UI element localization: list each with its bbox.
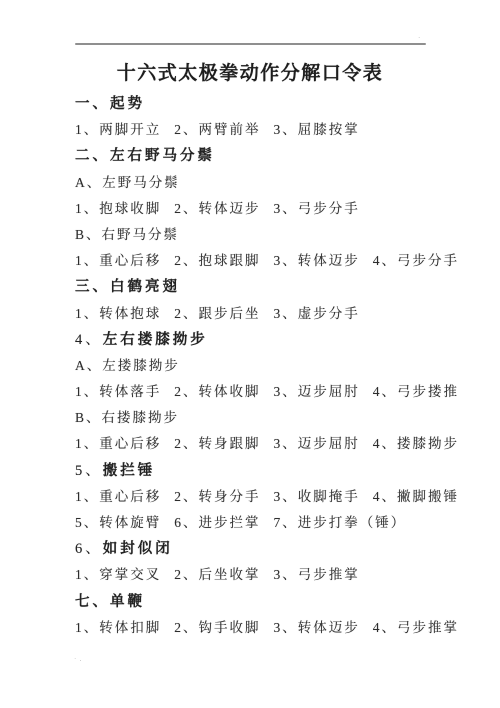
step-item: 2、转身分手 (174, 489, 260, 504)
steps-line: 1、穿掌交叉2、后坐收掌3、弓步推掌 (75, 562, 475, 588)
step-item: 2、转体迈步 (174, 201, 260, 216)
step-item: 1、两脚开立 (75, 122, 161, 137)
step-item: 3、屈膝按掌 (274, 122, 360, 137)
section-number: 4、 (75, 332, 103, 348)
section-number: 三、 (75, 279, 110, 295)
section-number: 二、 (75, 148, 110, 164)
steps-line: 1、转体落手2、转体收脚3、迈步屈肘4、弓步搂推 (75, 379, 475, 405)
section-heading-3: 三、白鹤亮翅 (75, 274, 475, 300)
step-item: 1、重心后移 (75, 436, 161, 451)
step-item: 3、转体迈步 (274, 253, 360, 268)
section-title: 左右野马分鬃 (110, 148, 215, 164)
step-item: 4、弓步搂推 (373, 384, 459, 399)
step-item: 2、抱球跟脚 (174, 253, 260, 268)
step-item: 6、进步拦掌 (174, 515, 260, 530)
document-page: · 十六式太极拳动作分解口令表 一、起势 1、两脚开立2、两臂前举3、屈膝按掌 … (0, 0, 500, 708)
section-heading-6: 6、如封似闭 (75, 536, 475, 562)
step-item: 3、迈步屈肘 (274, 436, 360, 451)
steps-line: 1、转体扣脚2、钩手收脚3、转体迈步4、弓步推掌 (75, 615, 475, 641)
step-item: 3、收脚掩手 (274, 489, 360, 504)
subsection-label: B、右野马分鬃 (75, 222, 475, 248)
steps-line: 1、重心后移2、转身跟脚3、迈步屈肘4、搂膝拗步 (75, 431, 475, 457)
steps-line: 1、重心后移2、转身分手3、收脚掩手4、撇脚搬锤 (75, 484, 475, 510)
step-item: 2、钩手收脚 (174, 620, 260, 635)
page-title: 十六式太极拳动作分解口令表 (0, 61, 500, 87)
step-item: 4、撇脚搬锤 (373, 489, 459, 504)
subsection-label: B、右搂膝拗步 (75, 405, 475, 431)
section-title: 单鞭 (110, 594, 145, 610)
section-heading-7: 七、单鞭 (75, 589, 475, 615)
step-item: 2、两臂前举 (174, 122, 260, 137)
step-item: 1、转体抱球 (75, 306, 161, 321)
section-heading-2: 二、左右野马分鬃 (75, 143, 475, 169)
steps-line: 1、重心后移2、抱球跟脚3、转体迈步4、弓步分手 (75, 248, 475, 274)
step-item: 1、穿掌交叉 (75, 567, 161, 582)
section-title: 白鹤亮翅 (110, 279, 180, 295)
step-item: 2、后坐收掌 (174, 567, 260, 582)
section-number: 6、 (75, 541, 103, 557)
step-item: 4、弓步分手 (373, 253, 459, 268)
step-item: 3、弓步分手 (274, 201, 360, 216)
step-item: 5、转体旋臂 (75, 515, 161, 530)
top-border-line (75, 43, 426, 45)
section-title: 搬拦锤 (103, 463, 156, 479)
scan-artifact-bottom-left: ·․ (74, 655, 88, 663)
step-item: 1、重心后移 (75, 253, 161, 268)
steps-line: 1、两脚开立2、两臂前举3、屈膝按掌 (75, 117, 475, 143)
section-title: 起势 (110, 96, 145, 112)
steps-line: 1、转体抱球2、跟步后坐3、虚步分手 (75, 301, 475, 327)
step-item: 3、迈步屈肘 (274, 384, 360, 399)
subsection-label: A、左搂膝拗步 (75, 353, 475, 379)
step-item: 2、跟步后坐 (174, 306, 260, 321)
section-number: 5、 (75, 463, 103, 479)
section-number: 一、 (75, 96, 110, 112)
step-item: 3、虚步分手 (274, 306, 360, 321)
section-heading-4: 4、左右搂膝拗步 (75, 327, 475, 353)
step-item: 3、弓步推掌 (274, 567, 360, 582)
section-heading-1: 一、起势 (75, 91, 475, 117)
section-heading-5: 5、搬拦锤 (75, 458, 475, 484)
step-item: 4、弓步推掌 (373, 620, 459, 635)
step-item: 2、转身跟脚 (174, 436, 260, 451)
step-item: 2、转体收脚 (174, 384, 260, 399)
document-body: 一、起势 1、两脚开立2、两臂前举3、屈膝按掌 二、左右野马分鬃 A、左野马分鬃… (75, 91, 475, 641)
step-item: 1、抱球收脚 (75, 201, 161, 216)
step-item: 1、转体落手 (75, 384, 161, 399)
step-item: 1、重心后移 (75, 489, 161, 504)
step-item: 1、转体扣脚 (75, 620, 161, 635)
step-item: 3、转体迈步 (274, 620, 360, 635)
step-item: 4、搂膝拗步 (373, 436, 459, 451)
section-number: 七、 (75, 594, 110, 610)
scan-artifact-top-right: · (418, 34, 424, 42)
steps-line: 5、转体旋臂6、进步拦掌7、进步打拳（锤） (75, 510, 475, 536)
steps-line: 1、抱球收脚2、转体迈步3、弓步分手 (75, 196, 475, 222)
subsection-label: A、左野马分鬃 (75, 170, 475, 196)
section-title: 左右搂膝拗步 (103, 332, 208, 348)
step-item: 7、进步打拳（锤） (274, 515, 407, 530)
section-title: 如封似闭 (103, 541, 173, 557)
